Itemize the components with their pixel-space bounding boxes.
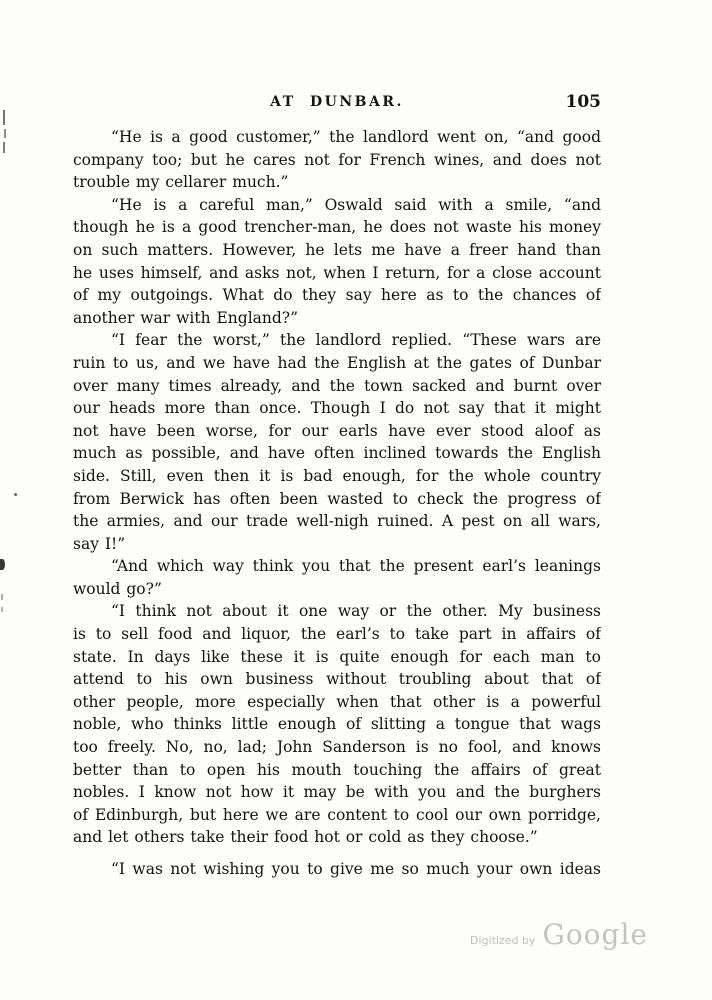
text-line: would go?” <box>73 578 601 601</box>
text-line: say I!” <box>73 533 601 556</box>
text-line: much as possible, and have often incline… <box>73 442 601 465</box>
text-line: better than to open his mouth touching t… <box>73 759 601 782</box>
text-line: state. In days like these it is quite en… <box>73 646 601 669</box>
scan-artifact <box>4 129 6 138</box>
text-line: “I was not wishing you to give me so muc… <box>73 858 601 881</box>
scan-artifact <box>1 607 3 612</box>
paragraph: “I was not wishing you to give me so muc… <box>73 858 601 881</box>
scan-artifact <box>1 594 3 600</box>
text-line: our heads more than once. Though I do no… <box>73 397 601 420</box>
text-line: nobles. I know not how it may be with yo… <box>73 781 601 804</box>
watermark-prefix: Digitized by <box>470 934 535 947</box>
text-line: “I fear the worst,” the landlord replied… <box>73 329 601 352</box>
paragraph: “He is a good customer,” the landlord we… <box>73 126 601 194</box>
text-line: “And which way think you that the presen… <box>73 555 601 578</box>
text-line: he uses himself, and asks not, when I re… <box>73 262 601 285</box>
text-line: though he is a good trencher-man, he doe… <box>73 216 601 239</box>
paragraph: “I fear the worst,” the landlord replied… <box>73 329 601 555</box>
text-line: of Edinburgh, but here we are content to… <box>73 804 601 827</box>
text-line: trouble my cellarer much.” <box>73 171 601 194</box>
scan-artifact <box>0 559 5 570</box>
google-logo: Google <box>542 918 648 951</box>
watermark: Digitized by Google <box>470 918 648 951</box>
text-line: side. Still, even then it is bad enough,… <box>73 465 601 488</box>
text-line: not have been worse, for our earls have … <box>73 420 601 443</box>
book-page: AT DUNBAR. 105 “He is a good customer,” … <box>0 0 712 1000</box>
page-text: “He is a good customer,” the landlord we… <box>73 126 601 881</box>
scan-artifact <box>3 142 5 153</box>
text-line: attend to his own business without troub… <box>73 668 601 691</box>
text-line: over many times already, and the town sa… <box>73 375 601 398</box>
text-line: too freely. No, no, lad; John Sanderson … <box>73 736 601 759</box>
paragraph: “He is a careful man,” Oswald said with … <box>73 194 601 330</box>
text-line: ruin to us, and we have had the English … <box>73 352 601 375</box>
scan-artifact <box>14 493 17 496</box>
text-line: “He is a careful man,” Oswald said with … <box>73 194 601 217</box>
text-line: “I think not about it one way or the oth… <box>73 600 601 623</box>
paragraph: “I think not about it one way or the oth… <box>73 600 601 849</box>
text-line: is to sell food and liquor, the earl’s t… <box>73 623 601 646</box>
text-line: noble, who thinks little enough of slitt… <box>73 713 601 736</box>
text-line: of my outgoings. What do they say here a… <box>73 284 601 307</box>
text-line: “He is a good customer,” the landlord we… <box>73 126 601 149</box>
page-number: 105 <box>566 92 602 112</box>
paragraph: “And which way think you that the presen… <box>73 555 601 600</box>
text-line: from Berwick has often been wasted to ch… <box>73 488 601 511</box>
text-line: other people, more especially when that … <box>73 691 601 714</box>
scan-artifact <box>3 110 5 125</box>
running-title: AT DUNBAR. <box>73 94 601 110</box>
page-header: AT DUNBAR. 105 <box>73 94 601 114</box>
text-line: on such matters. However, he lets me hav… <box>73 239 601 262</box>
text-line: company too; but he cares not for French… <box>73 149 601 172</box>
text-line: the armies, and our trade well-nigh ruin… <box>73 510 601 533</box>
text-line: and let others take their food hot or co… <box>73 826 601 849</box>
text-line: another war with England?” <box>73 307 601 330</box>
